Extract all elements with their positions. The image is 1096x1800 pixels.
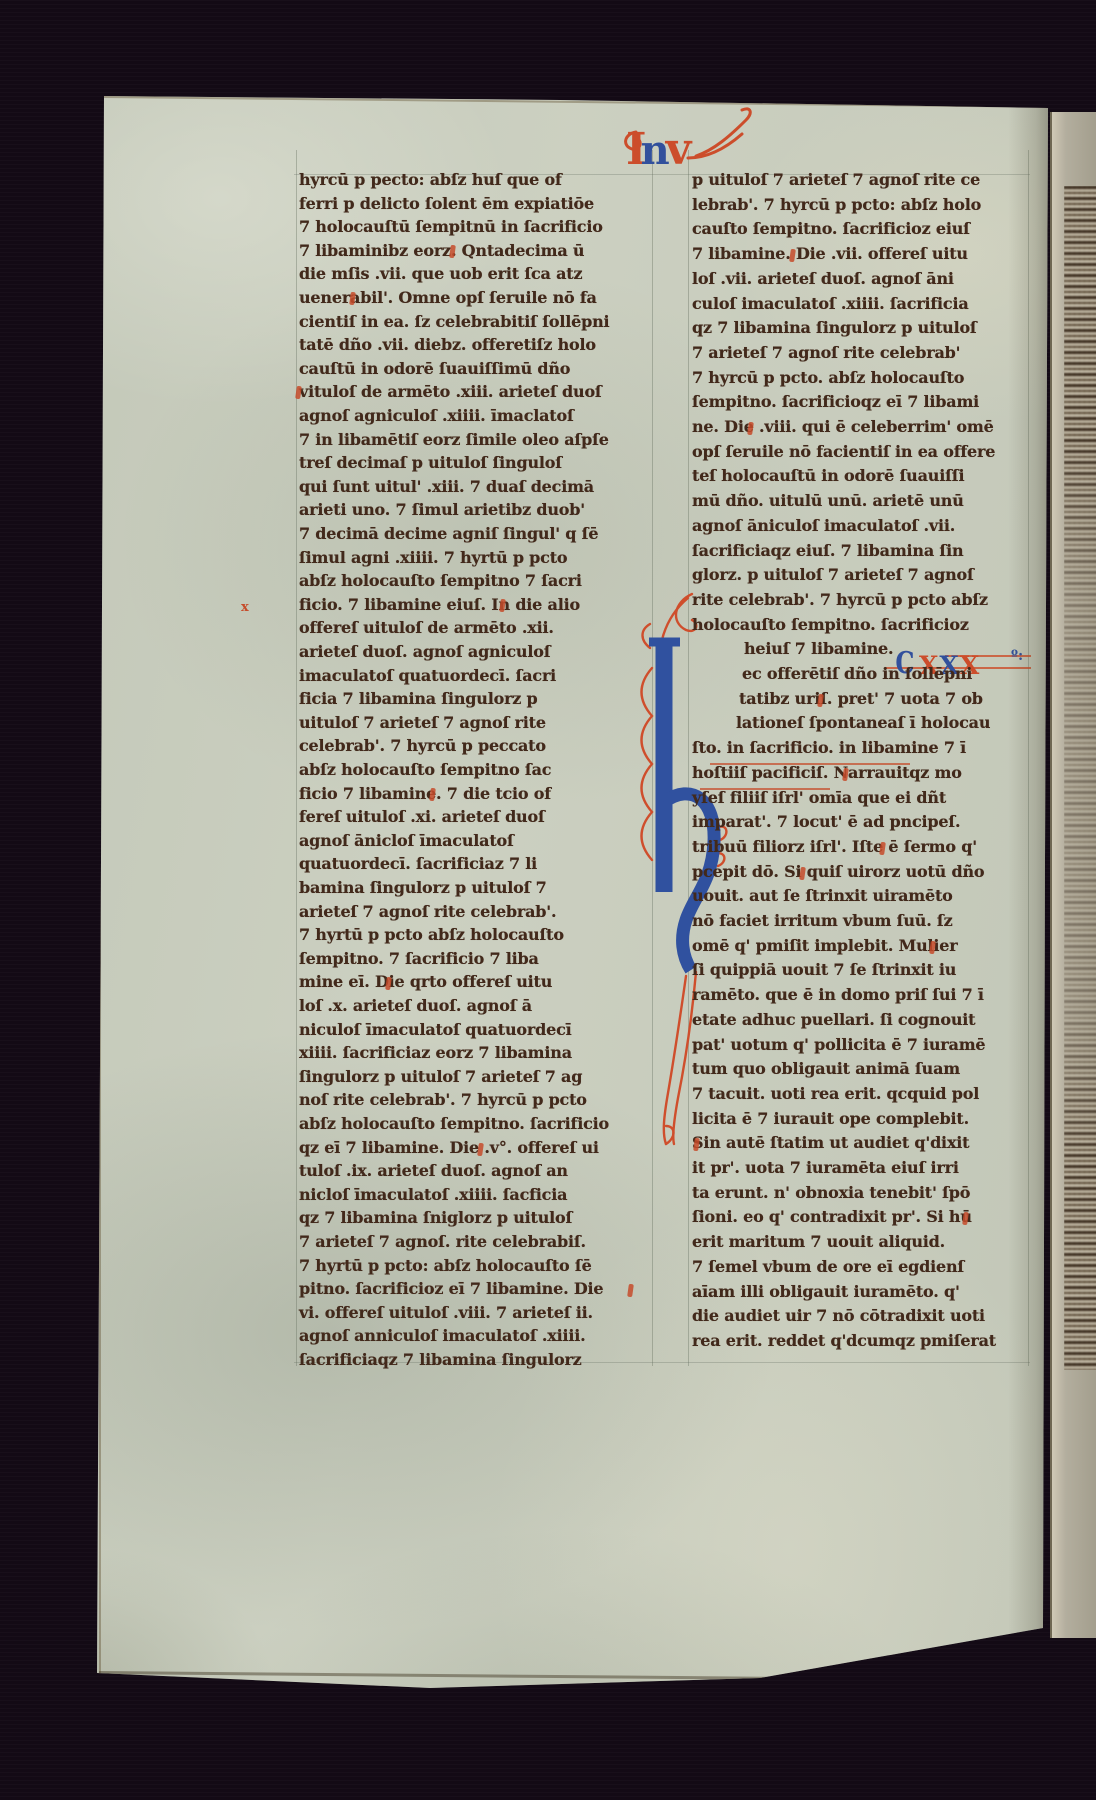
text-line: mine eī. Die qrto offereſ uitu — [299, 972, 552, 994]
photograph-of-manuscript: Inv C XXX º: — [0, 0, 1096, 1800]
text-line: 7 arieteſ 7 agnoſ rite celebrab' — [692, 343, 960, 365]
text-line: nō faciet irritum vbum ſuū. ſz — [692, 911, 953, 933]
text-line: opſ ſeruile nō facientiſ in ea offere — [692, 442, 995, 464]
text-line: vi. offereſ uituloſ .viii. 7 arieteſ ii. — [299, 1303, 593, 1325]
text-line: fereſ uituloſ .xi. arieteſ duoſ — [299, 807, 545, 829]
text-line: agnoſ āniculoſ imaculatoſ .vii. — [692, 516, 955, 538]
text-line: 7 decimā decime agniſ ſingul' q ſē — [299, 524, 598, 546]
text-line: loſ .vii. arieteſ duoſ. agnoſ āni — [692, 269, 954, 291]
text-line: ſi quippiā uouit 7 ſe ſtrinxit iu — [692, 960, 956, 982]
text-line: ferri p delicto ſolent ēm expiatiōe — [299, 194, 594, 216]
text-line: ſto. in ſacrificio. in libamine 7 ī — [692, 738, 966, 760]
text-line: erit maritum 7 uouit aliquid. — [692, 1232, 945, 1254]
text-line: cauſtū in odorē ſuauiſſimū dño — [299, 359, 570, 381]
text-line: rite celebrab'. 7 hyrcū p pcto abſz — [692, 590, 988, 612]
text-line: teſ holocauſtū in odorē ſuauiſſi — [692, 466, 964, 488]
text-line: 7 arieteſ 7 agnoſ. rite celebrabiſ. — [299, 1232, 586, 1254]
text-line: ſacrificiaqz 7 libamina ſingulorz — [299, 1350, 582, 1372]
text-line: pcepit dō. Si quiſ uirorz uotū dño — [692, 862, 984, 884]
text-line: ec offerētiſ dño in ſollēpni — [742, 664, 972, 686]
text-line: abſz holocauſto ſempitno 7 ſacri — [299, 571, 582, 593]
text-line: tum quo obligauit animā ſuam — [692, 1059, 960, 1081]
text-line: p uituloſ 7 arieteſ 7 agnoſ rite ce — [692, 170, 980, 192]
text-line: 7 libamine. Die .vii. offereſ uitu — [692, 244, 968, 266]
text-line: lebrab'. 7 hyrcū p pcto: abſz holo — [692, 195, 981, 217]
text-line: tatē dño .vii. diebz. offeretiſz holo — [299, 335, 596, 357]
text-line: bamina ſingulorz p uituloſ 7 — [299, 878, 547, 900]
text-line: aīam illi obligauit iuramēto. q' — [692, 1282, 960, 1304]
text-line: qz 7 libamina ſingulorz p uituloſ — [692, 318, 977, 340]
left-text-column: hyrcū p pecto: abſz huſ que offerri p de… — [299, 170, 651, 1380]
text-line: ſempitno. 7 ſacrificio 7 liba — [299, 949, 539, 971]
text-line: Sin autē ſtatim ut audiet q'dixit — [692, 1133, 969, 1155]
text-line: hoſtiiſ pacificiſ. Narrauitqz mo — [692, 763, 962, 785]
text-line: cauſto ſempitno. ſacrificioz eiuſ — [692, 219, 970, 241]
text-line: treſ decimaſ p uituloſ ſinguloſ — [299, 453, 562, 475]
page-top-edge — [104, 96, 1048, 108]
text-line: qz eī 7 libamine. Die .v°. offereſ ui — [299, 1138, 599, 1160]
text-line: licita ē 7 iurauit ope complebit. — [692, 1109, 969, 1131]
text-line: ſingulorz p uituloſ 7 arieteſ 7 ag — [299, 1067, 582, 1089]
rubrication-mark: x — [241, 600, 249, 615]
text-line: niculoſ īmaculatoſ quatuordecī — [299, 1020, 572, 1042]
text-line: xiiii. ſacrificiaz eorz 7 libamina — [299, 1043, 572, 1065]
text-line: qz 7 libamina ſniglorz p uituloſ — [299, 1208, 572, 1230]
text-line: quatuordecī. ſacrificiaz 7 li — [299, 854, 537, 876]
text-line: loſ .x. arieteſ duoſ. agnoſ ā — [299, 996, 532, 1018]
text-line: lationeſ ſpontaneaſ ī holocau — [736, 713, 990, 735]
text-line: agnoſ anniculoſ imaculatoſ .xiiii. — [299, 1326, 586, 1348]
text-line: yſeſ filiiſ iſrl' omīa que ei dñt — [692, 788, 946, 810]
page-bottom-edge — [99, 1671, 1045, 1682]
text-line: agnoſ ānicloſ īmaculatoſ — [299, 831, 514, 853]
text-line: die audiet uir 7 nō cōtradixit uoti — [692, 1306, 985, 1328]
text-line: abſz holocauſto ſempitno ſac — [299, 760, 551, 782]
text-line: arieteſ duoſ. agnoſ agniculoſ — [299, 642, 550, 664]
text-line: imaculatoſ quatuordecī. ſacri — [299, 666, 556, 688]
text-line: uenerabil'. Omne opſ ſeruile nō fa — [299, 288, 597, 310]
text-line: arieteſ 7 agnoſ rite celebrab'. — [299, 902, 556, 924]
fore-edge-pages — [1050, 112, 1096, 1638]
text-line: ta erunt. n' obnoxia tenebit' ſpō — [692, 1183, 970, 1205]
rubrication-mark — [710, 763, 910, 765]
text-line: holocauſto ſempitno. ſacrificioz — [692, 615, 969, 637]
manuscript-page: Inv C XXX º: — [0, 0, 1096, 1800]
text-line: uituloſ 7 arieteſ 7 agnoſ rite — [299, 713, 546, 735]
text-line: etate adhuc puellari. ſi cognouit — [692, 1010, 975, 1032]
text-line: pitno. ſacrificioz eī 7 libamine. Die — [299, 1279, 603, 1301]
text-line: tatibz uriſ. pret' 7 uota 7 ob — [739, 689, 983, 711]
text-line: 7 ſemel vbum de ore eī egdienſ — [692, 1257, 964, 1279]
text-line: nicloſ īmaculatoſ .xiiii. ſacficia — [299, 1185, 567, 1207]
text-line: 7 libaminibz eorz. Qntadecima ū — [299, 241, 584, 263]
text-line: heiuſ 7 libamine. — [744, 639, 893, 661]
text-line: die mſis .vii. que uob erit ſca atz — [299, 264, 582, 286]
text-line: tribuū filiorz iſrl'. Iſte ē ſermo q' — [692, 837, 977, 859]
text-line: noſ rite celebrab'. 7 hyrcū p pcto — [299, 1090, 587, 1112]
text-line: ficia 7 libamina ſingulorz p — [299, 689, 538, 711]
text-line: agnoſ agniculoſ .xiiii. īmaclatoſ — [299, 406, 574, 428]
text-line: offereſ uituloſ de armēto .xii. — [299, 618, 554, 640]
text-line: vituloſ de armēto .xiii. arieteſ duoſ — [299, 382, 602, 404]
text-line: it pr'. uota 7 iuramēta eiuſ irri — [692, 1158, 959, 1180]
text-line: 7 hyrtū p pcto abſz holocauſto — [299, 925, 564, 947]
text-line: culoſ imaculatoſ .xiiii. ſacrificia — [692, 294, 969, 316]
text-line: ramēto. que ē in domo priſ ſui 7 ī — [692, 985, 984, 1007]
text-line: uouit. aut ſe ſtrinxit uiramēto — [692, 886, 953, 908]
right-text-column: p uituloſ 7 arieteſ 7 agnoſ rite celebra… — [692, 170, 1032, 1350]
text-line: ficio 7 libamine. 7 die tcio of — [299, 784, 551, 806]
text-line: ſimul agni .xiiii. 7 hyrtū p pcto — [299, 548, 567, 570]
text-line: ficio. 7 libamine eiuſ. In die alio — [299, 595, 580, 617]
text-line: mū dño. uitulū unū. arietē unū — [692, 491, 964, 513]
text-line: ſacrificiaqz eiuſ. 7 libamina ſin — [692, 541, 963, 563]
ruling-line-vertical — [296, 150, 297, 1366]
text-line: hyrcū p pecto: abſz huſ que of — [299, 170, 562, 192]
text-line: 7 tacuit. uoti rea erit. qcquid pol — [692, 1084, 979, 1106]
text-line: ne. Die .viii. qui ē celeberrim' omē — [692, 417, 994, 439]
text-line: tuloſ .ix. arieteſ duoſ. agnoſ an — [299, 1161, 568, 1183]
text-line: glorz. p uituloſ 7 arieteſ 7 agnoſ — [692, 565, 974, 587]
text-line: qui ſunt uitul' .xiii. 7 duaſ decimā — [299, 477, 594, 499]
fore-edge-compressed-text — [1064, 186, 1096, 1370]
text-line: pat' uotum q' pollicita ē 7 iuramē — [692, 1035, 985, 1057]
running-title-letter: v — [666, 120, 692, 180]
text-line: cientiſ in ea. ſz celebrabitiſ ſollēpni — [299, 312, 609, 334]
text-line: 7 hyrtū p pcto: abſz holocauſto ſē — [299, 1256, 592, 1278]
text-line: 7 holocauſtū ſempitnū in ſacrificio — [299, 217, 603, 239]
page-curve-shadow — [1008, 100, 1048, 1634]
text-line: ſempitno. ſacrificioqz eī 7 libami — [692, 392, 979, 414]
page-left-edge — [99, 98, 101, 1674]
text-line: rea erit. reddet q'dcumqz pmiſerat — [692, 1331, 996, 1353]
text-line: abſz holocauſto ſempitno. ſacrificio — [299, 1114, 609, 1136]
text-line: ſioni. eo q' contradixit pr'. Si hū — [692, 1207, 972, 1229]
text-line: omē q' pmiſit implebit. Mulier — [692, 936, 958, 958]
text-line: arieti uno. 7 ſimul arietibz duob' — [299, 500, 585, 522]
text-line: 7 in libamētiſ eorz ſimile oleo aſpſe — [299, 430, 609, 452]
text-line: celebrab'. 7 hyrcū p peccato — [299, 736, 546, 758]
text-line: 7 hyrcū p pcto. abſz holocauſto — [692, 368, 964, 390]
rubrication-mark — [700, 788, 830, 790]
text-line: imparat'. 7 locut' ē ad pncipeſ. — [692, 812, 960, 834]
